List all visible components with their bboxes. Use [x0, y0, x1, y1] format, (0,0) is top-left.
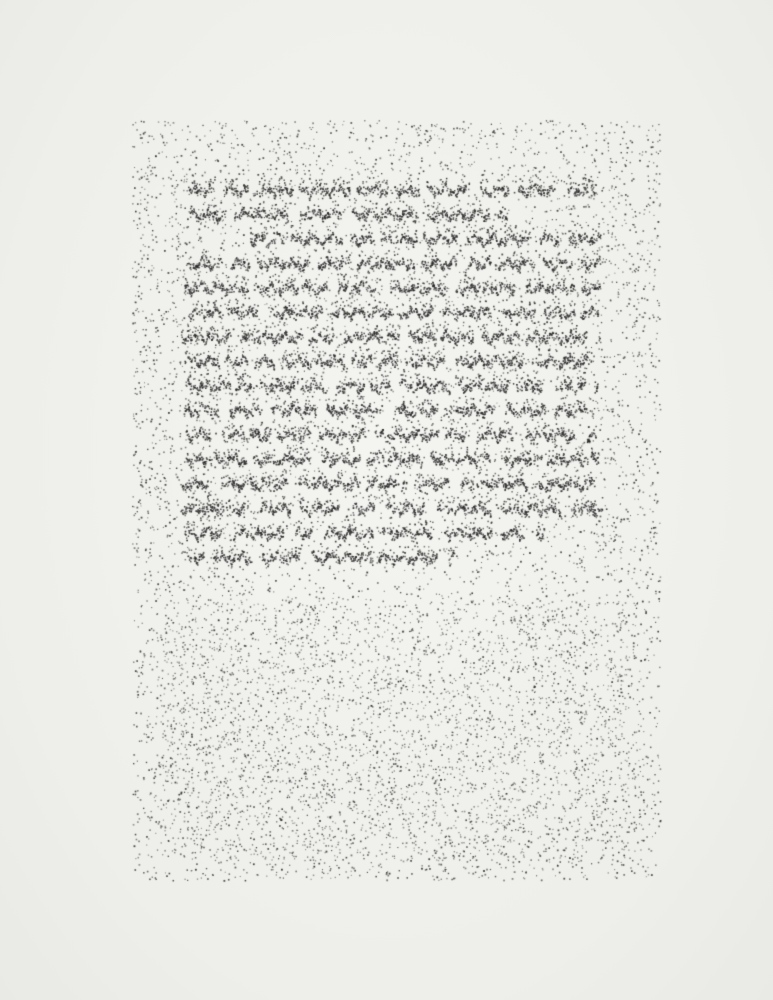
stippled-handwriting-artwork	[0, 0, 773, 1000]
